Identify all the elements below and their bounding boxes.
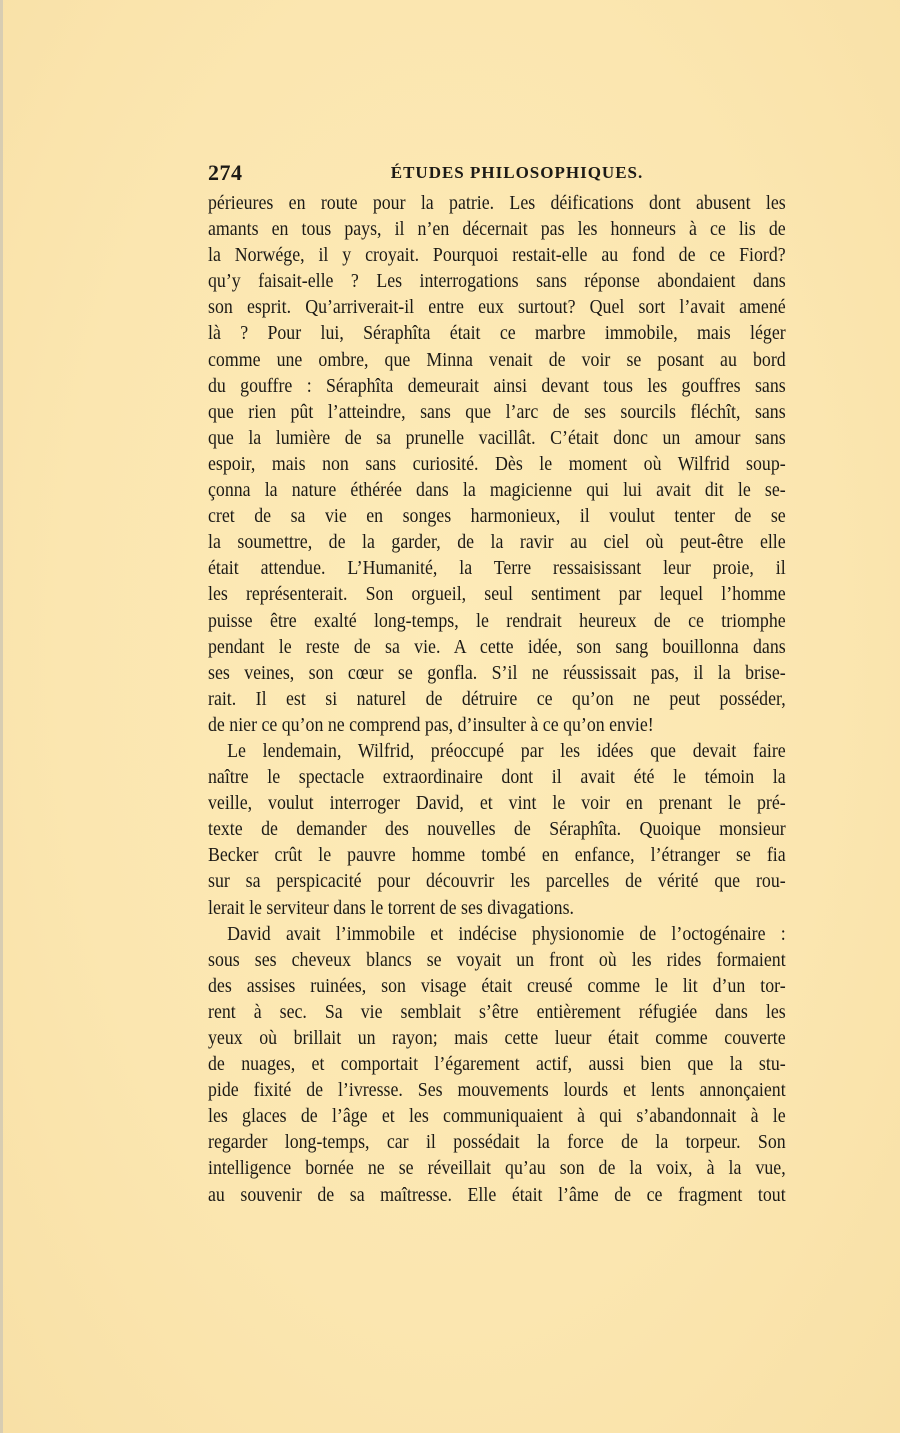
text-line: espoir, mais non sans curiosité. Dès le … — [208, 451, 786, 477]
text-line: veille, voulut interroger David, et vint… — [208, 790, 786, 816]
paragraph: David avait l’immobile et indécise physi… — [208, 921, 786, 1208]
text-line: périeures en route pour la patrie. Les d… — [208, 190, 786, 216]
paragraph: Le lendemain, Wilfrid, préoccupé par les… — [208, 738, 786, 921]
text-line: les glaces de l’âge et les communiquaien… — [208, 1103, 786, 1129]
text-line: puisse être exalté long-temps, le rendra… — [208, 608, 786, 634]
text-line: lerait le serviteur dans le torrent de s… — [208, 895, 786, 921]
text-line: la soumettre, de la garder, de la ravir … — [208, 529, 786, 555]
text-line: comme une ombre, que Minna venait de voi… — [208, 347, 786, 373]
text-line: des assises ruinées, son visage était cr… — [208, 973, 786, 999]
text-line: était attendue. L’Humanité, la Terre res… — [208, 555, 786, 581]
text-line: çonna la nature éthérée dans la magicien… — [208, 477, 786, 503]
text-line: pide fixité de l’ivresse. Ses mouvements… — [208, 1077, 786, 1103]
text-line: pendant le reste de sa vie. A cette idée… — [208, 634, 786, 660]
text-line: là ? Pour lui, Séraphîta était ce marbre… — [208, 320, 786, 346]
text-line: texte de demander des nouvelles de Sérap… — [208, 816, 786, 842]
text-line: la Norwége, il y croyait. Pourquoi resta… — [208, 242, 786, 268]
text-line: regarder long-temps, car il possédait la… — [208, 1129, 786, 1155]
text-line: les représenterait. Son orgueil, seul se… — [208, 581, 786, 607]
text-line: amants en tous pays, il n’en décernait p… — [208, 216, 786, 242]
text-line: naître le spectacle extraordinaire dont … — [208, 764, 786, 790]
text-line: de nuages, et comportait l’égarement act… — [208, 1051, 786, 1077]
paragraph: périeures en route pour la patrie. Les d… — [208, 190, 786, 738]
text-line: son esprit. Qu’arriverait-il entre eux s… — [208, 294, 786, 320]
text-line: sous ses cheveux blancs se voyait un fro… — [208, 947, 786, 973]
text-line: Le lendemain, Wilfrid, préoccupé par les… — [208, 738, 786, 764]
text-line: David avait l’immobile et indécise physi… — [208, 921, 786, 947]
book-page: 274 ÉTUDES PHILOSOPHIQUES. périeures en … — [0, 0, 900, 1433]
text-line: sur sa perspicacité pour découvrir les p… — [208, 868, 786, 894]
text-line: rait. Il est si naturel de détruire ce q… — [208, 686, 786, 712]
text-line: du gouffre : Séraphîta demeurait ainsi d… — [208, 373, 786, 399]
text-line: qu’y faisait-elle ? Les interrogations s… — [208, 268, 786, 294]
text-line: intelligence bornée ne se réveillait qu’… — [208, 1155, 786, 1181]
text-line: au souvenir de sa maîtresse. Elle était … — [208, 1182, 786, 1208]
text-line: de nier ce qu’on ne comprend pas, d’insu… — [208, 712, 786, 738]
running-title: ÉTUDES PHILOSOPHIQUES. — [208, 163, 786, 183]
body-text: périeures en route pour la patrie. Les d… — [208, 190, 786, 1208]
text-line: que rien pût l’atteindre, sans que l’arc… — [208, 399, 786, 425]
text-line: rent à sec. Sa vie semblait s’être entiè… — [208, 999, 786, 1025]
text-line: ses veines, son cœur se gonfla. S’il ne … — [208, 660, 786, 686]
text-line: yeux où brillait un rayon; mais cette lu… — [208, 1025, 786, 1051]
text-line: que la lumière de sa prunelle vacillât. … — [208, 425, 786, 451]
page-header: 274 ÉTUDES PHILOSOPHIQUES. — [208, 160, 786, 190]
text-line: cret de sa vie en songes harmonieux, il … — [208, 503, 786, 529]
page-edge — [0, 0, 3, 1433]
text-line: Becker crût le pauvre homme tombé en enf… — [208, 842, 786, 868]
